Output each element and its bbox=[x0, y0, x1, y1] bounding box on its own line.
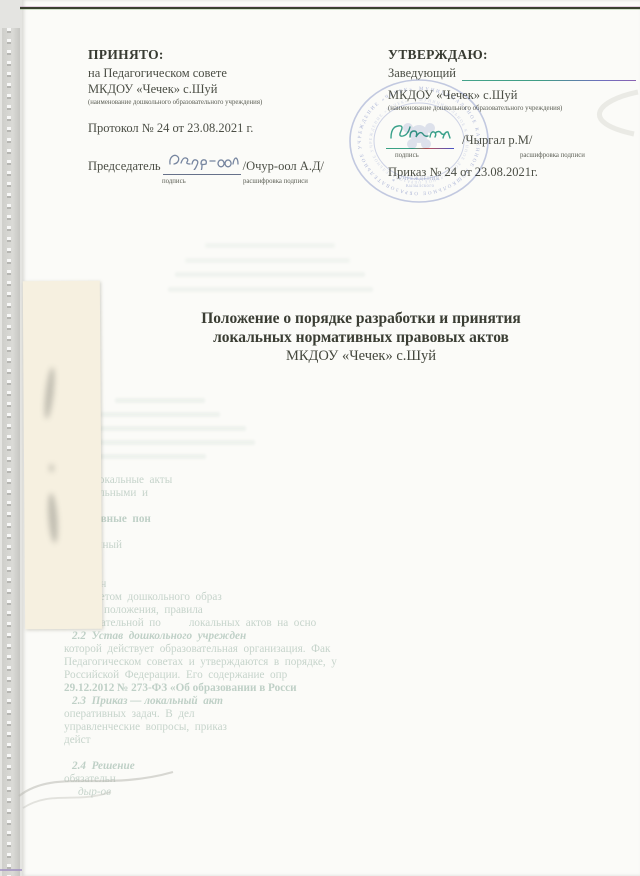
chairman-row: Председатель /Очур-оол А.Д/ bbox=[88, 150, 378, 174]
approve-heading: УТВЕРЖДАЮ: bbox=[388, 47, 636, 63]
accepted-heading: ПРИНЯТО: bbox=[88, 47, 378, 63]
ghost-line: обязательными и bbox=[64, 487, 626, 500]
ghost-line: 29.12.2012 № 273-ФЗ «Об образовании в Ро… bbox=[64, 682, 626, 695]
accepted-block: ПРИНЯТО: на Педагогическом совете МКДОУ … bbox=[88, 47, 378, 183]
chairman-label: Председатель bbox=[88, 158, 161, 174]
accepted-line2: МКДОУ «Чечек» с.Шуй bbox=[88, 81, 378, 97]
smudge-mark bbox=[49, 464, 54, 472]
ghost-line bbox=[64, 500, 626, 513]
ghost-line: которой действует образовательная органи… bbox=[64, 643, 626, 656]
stamp-star: * bbox=[392, 179, 395, 185]
bleed-mark bbox=[168, 287, 373, 292]
title-line1: Положение о порядке разработки и приняти… bbox=[90, 310, 632, 329]
chairman-name: /Очур-оол А.Д/ bbox=[243, 158, 324, 174]
title-line3: МКДОУ «Чечек» с.Шуй bbox=[90, 347, 632, 366]
ghost-line: основанный bbox=[64, 539, 626, 552]
captions-left: подпись расшифровка подписи bbox=[88, 174, 378, 183]
bleed-mark bbox=[205, 243, 335, 248]
caption-signature: подпись bbox=[162, 174, 186, 190]
bleed-mark bbox=[90, 440, 255, 445]
ghost-line: положения, правила bbox=[104, 604, 626, 617]
protocol-line: Протокол № 24 от 23.08.2021 г. bbox=[88, 120, 378, 136]
accepted-note: (наименование дошкольного образовательно… bbox=[88, 98, 378, 107]
bleed-mark bbox=[86, 454, 206, 459]
ghost-text-layer: 1.6 Локальные актыобязательными и2. Осно… bbox=[64, 474, 626, 799]
caption-decode: расшифровка подписи bbox=[243, 174, 308, 190]
smudge-mark bbox=[47, 493, 60, 544]
chairman-signature bbox=[165, 150, 239, 174]
ghost-line: Российской Федерации. Его содержание опр bbox=[64, 669, 626, 682]
scanned-document: 1.6 Локальные актыобязательными и2. Осно… bbox=[0, 0, 640, 876]
ghost-line: организ bbox=[64, 565, 626, 578]
bleed-mark bbox=[96, 426, 246, 431]
handwritten-signature-left bbox=[165, 150, 239, 170]
round-stamp: МУНИЦИПАЛЬНОЕ КАЗЕННОЕ ДОШКОЛЬНОЕ ОБРАЗО… bbox=[346, 78, 494, 208]
ghost-line: управленческие вопросы, приказ bbox=[64, 721, 626, 734]
caption-decode: расшифровка подписи bbox=[520, 148, 585, 164]
pencil-scribble bbox=[15, 752, 185, 818]
ghost-line: дейст bbox=[64, 734, 626, 747]
ghost-line: деятельн bbox=[64, 578, 626, 591]
bleed-mark bbox=[100, 412, 220, 417]
smudge-mark bbox=[43, 367, 57, 420]
bleed-mark bbox=[185, 258, 350, 263]
ghost-line: 1.6 Локальные акты bbox=[72, 474, 626, 487]
ghost-line: станов bbox=[64, 552, 626, 565]
ghost-line: оперативных задач. В дел bbox=[64, 708, 626, 721]
ghost-line: 2.2 Устав дошкольного учрежден bbox=[72, 630, 626, 643]
bleed-mark bbox=[115, 398, 205, 403]
title-line2: локальных нормативных правовых актов bbox=[90, 329, 632, 348]
accepted-line1: на Педагогическом совете bbox=[88, 65, 378, 81]
stamp-emblem bbox=[403, 123, 435, 149]
stamp-inner-line2: Кызылского bbox=[406, 184, 435, 189]
ghost-line: 2. Основные пон bbox=[64, 513, 626, 526]
stamp-inner-line1: УЧРЕЖДЕНИЕ bbox=[398, 176, 440, 182]
notebook-spine-strip bbox=[2, 28, 20, 876]
bleed-mark bbox=[175, 272, 365, 277]
ghost-line: 2.1 bbox=[72, 526, 626, 539]
document-title: Положение о порядке разработки и приняти… bbox=[90, 310, 632, 366]
ghost-line: Педагогическом советах и утверждаются в … bbox=[64, 656, 626, 669]
ghost-line: 2.3 Приказ — локальный акт bbox=[72, 695, 626, 708]
page-top-edge bbox=[20, 7, 640, 9]
ghost-line: с учетом дошкольного образ bbox=[78, 591, 626, 604]
ghost-line: образовательной по локальных актов на ос… bbox=[64, 617, 626, 630]
